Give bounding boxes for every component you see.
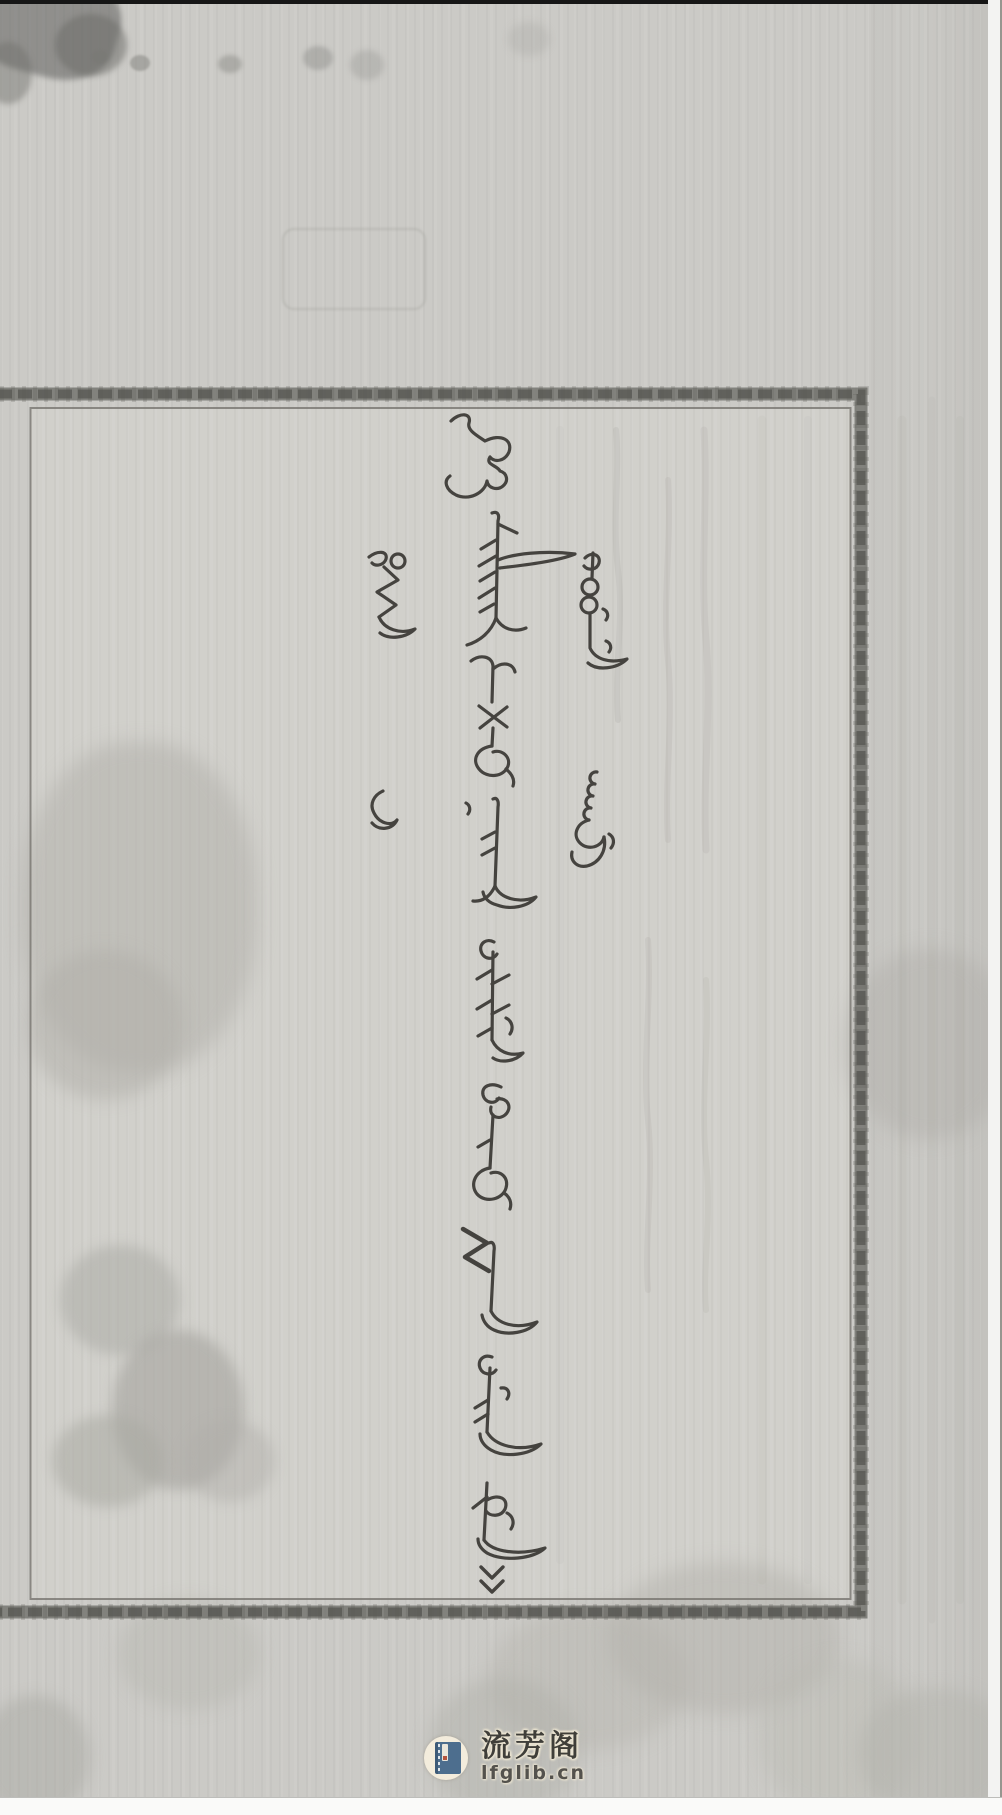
glyph-stroke xyxy=(479,1356,496,1374)
glyph-stroke xyxy=(478,1140,490,1147)
glyph-stroke xyxy=(606,641,611,652)
scan-right-edge-strip xyxy=(988,0,1002,1797)
glyph-stroke xyxy=(498,524,517,533)
glyph-stroke xyxy=(584,772,597,820)
scan-page: 流芳阁 lfglib.cn xyxy=(0,0,1002,1815)
glyph-stroke xyxy=(463,1229,489,1271)
glyph-stroke xyxy=(501,1388,509,1399)
glyph-stroke xyxy=(482,832,495,855)
glyph-stroke xyxy=(478,1539,545,1558)
glyph-stroke xyxy=(492,512,499,618)
border-frame-inner xyxy=(31,408,851,1599)
glyph-stroke xyxy=(492,1040,523,1061)
scan-top-edge xyxy=(0,0,1002,4)
glyph-stroke xyxy=(480,1432,541,1455)
glyph-stroke xyxy=(479,540,496,612)
bleed-through-marks xyxy=(560,400,960,1620)
glyph-stroke xyxy=(504,1193,511,1209)
glyph-stroke xyxy=(581,597,597,613)
glyph-stroke xyxy=(372,791,397,828)
glyph-stroke xyxy=(369,552,386,565)
book-title-label xyxy=(442,1744,448,1761)
glyph-stroke xyxy=(486,1497,506,1515)
watermark: 流芳阁 lfglib.cn xyxy=(424,1731,586,1784)
glyph-stroke xyxy=(489,1242,494,1311)
glyph-stroke xyxy=(467,618,496,645)
scan-bottom-edge-strip xyxy=(0,1797,1002,1815)
punctuation-double-chevron xyxy=(481,1567,503,1592)
glyph-stroke xyxy=(582,579,598,595)
book-cover xyxy=(435,1742,461,1774)
glyph-stroke xyxy=(471,657,493,702)
glyph-stroke xyxy=(507,1513,513,1529)
glyph-stroke xyxy=(592,553,593,578)
watermark-site-url: lfglib.cn xyxy=(481,1763,586,1784)
glyph-stroke xyxy=(506,769,514,786)
glyph-stroke xyxy=(476,746,509,775)
glyph-stroke xyxy=(479,706,507,728)
book-seal-mark xyxy=(443,1756,447,1760)
glyph-stroke xyxy=(483,886,536,907)
glyph-stroke xyxy=(446,415,510,497)
glyph-stroke xyxy=(466,803,470,814)
watermark-text: 流芳阁 lfglib.cn xyxy=(481,1731,586,1784)
glyph-stroke xyxy=(493,798,498,886)
glyph-stroke xyxy=(493,664,515,672)
glyph-stroke xyxy=(482,1311,537,1333)
watermark-site-name: 流芳阁 xyxy=(481,1731,586,1763)
glyph-stroke xyxy=(576,820,604,847)
glyph-stroke xyxy=(609,834,613,848)
glyph-stroke xyxy=(474,1168,507,1199)
book-icon xyxy=(424,1736,468,1780)
glyph-stroke xyxy=(496,618,526,630)
manchu-text-column-main xyxy=(446,415,575,1592)
glyph-stroke xyxy=(377,567,398,617)
book-spine-stitches xyxy=(438,1744,440,1772)
glyph-stroke xyxy=(379,617,415,637)
border-frame-outer xyxy=(0,394,861,1612)
glyph-stroke xyxy=(492,728,493,746)
glyph-stroke xyxy=(506,1018,512,1034)
manchu-text-column-left xyxy=(369,552,415,828)
glyph-stroke xyxy=(391,554,405,568)
frame-and-script-layer xyxy=(0,0,1002,1815)
glyph-stroke xyxy=(603,609,608,620)
